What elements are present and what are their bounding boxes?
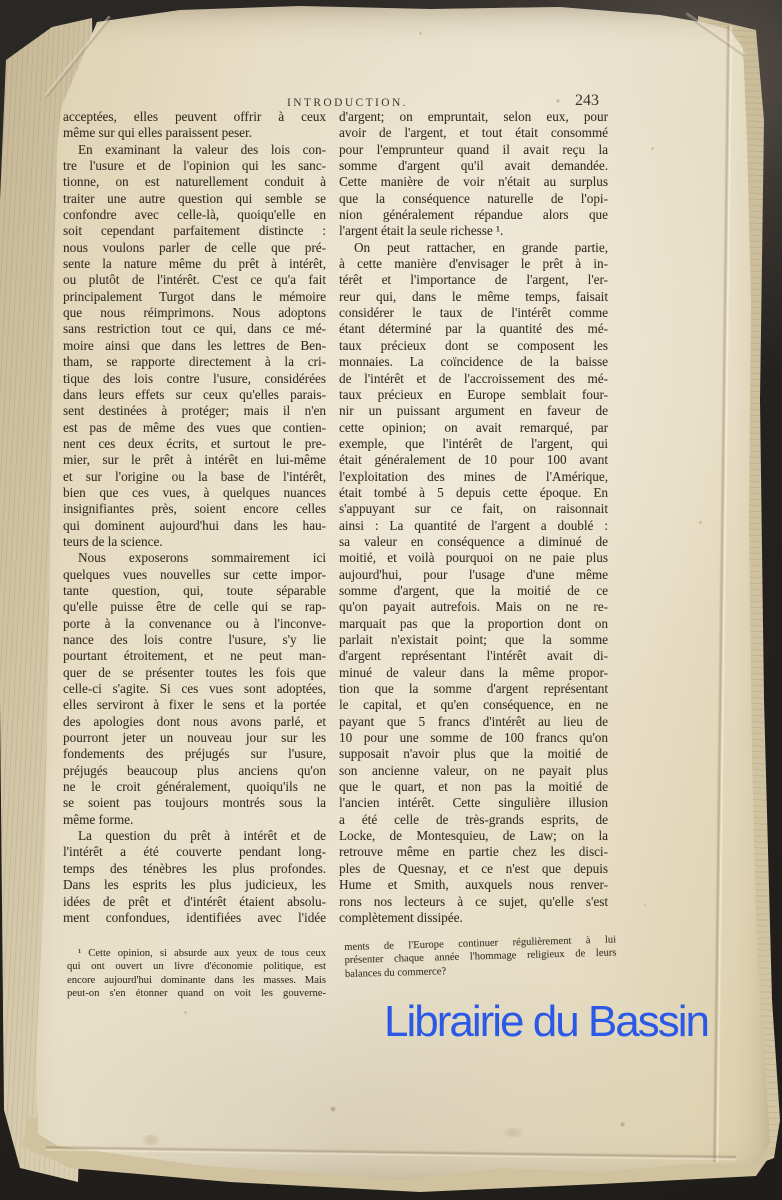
text-line: qui ont ouvert un livre d'économie polit… bbox=[67, 960, 326, 973]
text-line: taux précieux dont se composent les bbox=[339, 338, 608, 354]
text-line: teurs de la science. bbox=[63, 534, 326, 550]
text-line: Nous exposerons sommairement ici bbox=[63, 550, 326, 566]
text-line: retrouve même en partie chez les disci- bbox=[339, 844, 608, 860]
text-line: sans restriction tout ce qui, dans ce mé… bbox=[63, 321, 326, 337]
text-line: ment confondues, identifiées avec l'idée bbox=[63, 910, 326, 926]
text-line: Dans les esprits les plus judicieux, les bbox=[63, 877, 326, 893]
running-title: INTRODUCTION. bbox=[287, 97, 408, 109]
text-line: La question du prêt à intérêt et de bbox=[63, 828, 326, 844]
text-line: a été celle de très-grands esprits, de bbox=[339, 812, 608, 828]
text-line: ainsi : La quantité de l'argent a doublé… bbox=[339, 518, 608, 534]
text-line: On peut rattacher, en grande partie, bbox=[339, 240, 608, 256]
text-line: quelques vues nouvelles sur cette impor- bbox=[63, 567, 326, 583]
text-line: d'argent représentant l'intérêt avait di… bbox=[339, 648, 608, 664]
text-line: taux précieux en Europe semblait four- bbox=[339, 387, 608, 403]
text-line: que nous réimprimons. Nous adoptons bbox=[63, 305, 326, 321]
text-line: l'exploitation des mines de l'Amérique, bbox=[339, 469, 608, 485]
text-line: nion généralement répandue alors que bbox=[339, 207, 608, 223]
text-line: nous voulons parler de celle que pré- bbox=[63, 240, 326, 256]
text-line: tionne, on est naturellement conduit à bbox=[63, 174, 326, 190]
text-line: des apologies dont nous avons parlé, et bbox=[63, 714, 326, 730]
text-line: se soient pas toujours montrés sous la bbox=[63, 795, 326, 811]
text-line: ples de Quesnay, et ce n'est que depuis bbox=[339, 861, 608, 877]
text-line: principalement Turgot dans le mémoire bbox=[63, 289, 326, 305]
text-line: temps des ténèbres les plus profondes. bbox=[63, 861, 326, 877]
text-line: avoir de l'argent, et tout était consomm… bbox=[339, 125, 608, 141]
bookseller-watermark: Librairie du Bassin bbox=[384, 997, 708, 1047]
text-line: est pas de même des vues que contien- bbox=[63, 420, 326, 436]
text-line: tante question, qui, toute séparable bbox=[63, 583, 326, 599]
footnote-column-left: ¹ Cette opinion, si absurde aux yeux de … bbox=[67, 947, 326, 1001]
text-line: porte à la convenance ou à l'inconve- bbox=[63, 616, 326, 632]
text-line: insignifiantes près, soient encore celle… bbox=[63, 501, 326, 517]
text-line: encore aujourd'hui dominante dans les ma… bbox=[67, 974, 326, 987]
text-line: minué de valeur dans la même propor- bbox=[339, 665, 608, 681]
text-line: considérer le taux de l'intérêt comme bbox=[339, 305, 608, 321]
text-line: tham, se rapporte directement à la cri- bbox=[63, 354, 326, 370]
text-line: marquait pas que la proportion dont on bbox=[339, 616, 608, 632]
text-line: le capital, et qu'en conséquence, en ne bbox=[339, 697, 608, 713]
text-line: acceptées, elles peuvent offrir à ceux bbox=[63, 109, 326, 125]
text-line: nent ces deux écrits, et surtout le pre- bbox=[63, 436, 326, 452]
text-line: supposait n'avoir plus que la moitié de bbox=[339, 746, 608, 762]
text-line: reur qui, dans le même temps, faisait bbox=[339, 289, 608, 305]
text-line: aujourd'hui, pour l'usage d'une même bbox=[339, 567, 608, 583]
text-line: fondements des préjugés sur l'usure, bbox=[63, 746, 326, 762]
text-line: même sur qui elles paraissent peser. bbox=[63, 125, 326, 141]
text-line: d'argent; on empruntait, selon eux, pour bbox=[339, 109, 608, 125]
text-line: que le quart, et non pas la moitié de bbox=[339, 779, 608, 795]
text-line: traiter une autre question qui semble se bbox=[63, 191, 326, 207]
text-column-right: d'argent; on empruntait, selon eux, pour… bbox=[339, 109, 608, 926]
text-line: parlait n'existait point; que la somme bbox=[339, 632, 608, 648]
text-line: monnaies. La coïncidence de la baisse bbox=[339, 354, 608, 370]
text-line: térêt et l'importance de l'argent, l'er- bbox=[339, 272, 608, 288]
text-line: somme d'argent qu'il avait demandée. bbox=[339, 158, 608, 174]
text-line: En examinant la valeur des lois con- bbox=[63, 142, 326, 158]
text-line: sa valeur en conséquence a diminué de bbox=[339, 534, 608, 550]
book-page-photo: INTRODUCTION. 243 acceptées, elles peuve… bbox=[0, 0, 782, 1200]
text-line: tre l'usure et de l'opinion qui les sanc… bbox=[63, 158, 326, 174]
text-line: 10 pour une somme de 100 francs qu'on bbox=[339, 730, 608, 746]
text-line: exemple, que l'intérêt de l'argent, qui bbox=[339, 436, 608, 452]
text-line: qu'on payait autrefois. Mais on ne re- bbox=[339, 599, 608, 615]
text-line: moire ainsi que dans les lettres de Ben- bbox=[63, 338, 326, 354]
text-line: qu'elle puisse être de celle qui se rap- bbox=[63, 599, 326, 615]
text-line: somme d'argent, que la moitié de ce bbox=[339, 583, 608, 599]
text-line: complètement dissipée. bbox=[339, 910, 608, 926]
text-line: son ancienne valeur, on ne payait plus bbox=[339, 763, 608, 779]
text-line: Cette manière de voir n'était au surplus bbox=[339, 174, 608, 190]
text-line: était généralement de 10 pour 100 avant bbox=[339, 452, 608, 468]
text-line: nir un puissant argument en faveur de bbox=[339, 403, 608, 419]
text-line: Hume et Smith, auxquels nous renver- bbox=[339, 877, 608, 893]
text-line: confondre avec celle-là, quoiqu'elle en bbox=[63, 207, 326, 223]
text-line: elles serviront à fixer le sens et la po… bbox=[63, 697, 326, 713]
text-line: de l'intérêt et de l'accroissement des m… bbox=[339, 371, 608, 387]
text-line: ¹ Cette opinion, si absurde aux yeux de … bbox=[67, 947, 326, 960]
text-line: quer de se présenter toutes les fois que bbox=[63, 665, 326, 681]
page-number: 243 bbox=[575, 92, 599, 110]
text-line: étant déterminé par la quantité des mé- bbox=[339, 321, 608, 337]
text-line: même forme. bbox=[63, 812, 326, 828]
text-line: moitié, et voilà pourquoi on ne paie plu… bbox=[339, 550, 608, 566]
text-line: cette opinion; on avait remarqué, par bbox=[339, 420, 608, 436]
text-line: tion que la somme d'argent représentant bbox=[339, 681, 608, 697]
text-line: à cette manière d'envisager le prêt à in… bbox=[339, 256, 608, 272]
text-line: l'ancien intérêt. Cette singulière illus… bbox=[339, 795, 608, 811]
text-line: l'argent était la seule richesse ¹. bbox=[339, 223, 608, 239]
text-line: sent destinées à protéger; mais il n'en bbox=[63, 403, 326, 419]
text-line: pourront jeter un nouveau jour sur les bbox=[63, 730, 326, 746]
text-line: nance des lois contre l'usure, s'y lie bbox=[63, 632, 326, 648]
page-content: INTRODUCTION. 243 acceptées, elles peuve… bbox=[0, 0, 782, 1200]
footnote-column-right: ments de l'Europe continuer régulièremen… bbox=[344, 933, 617, 981]
text-line: l'intérêt a été couverte pendant long- bbox=[63, 844, 326, 860]
text-line: dans leurs effets sur ceux qu'elles para… bbox=[63, 387, 326, 403]
text-line: ne le croit généralement, quoiqu'ils ne bbox=[63, 779, 326, 795]
text-line: payant que 5 francs d'intérêt au lieu de bbox=[339, 714, 608, 730]
text-line: Locke, de Montesquieu, de Law; on la bbox=[339, 828, 608, 844]
text-line: idées de prêt et d'intérêt étaient absol… bbox=[63, 894, 326, 910]
text-line: préjugés beaucoup plus anciens qu'on bbox=[63, 763, 326, 779]
text-line: soit cependant parfaitement distincte : bbox=[63, 223, 326, 239]
text-line: tique des lois contre l'usure, considéré… bbox=[63, 371, 326, 387]
text-line: ou plutôt de l'intérêt. C'est ce qu'a fa… bbox=[63, 272, 326, 288]
text-line: pourtant étroitement, et ne peut man- bbox=[63, 648, 326, 664]
text-line: était tombé à 5 depuis cette époque. En bbox=[339, 485, 608, 501]
text-line: s'appuyant sur ce fait, on raisonnait bbox=[339, 501, 608, 517]
text-line: que la conséquence naturelle de l'opi- bbox=[339, 191, 608, 207]
text-line: bien que ces vues, à quelques nuances bbox=[63, 485, 326, 501]
text-line: mier, sur le prêt à intérêt en lui-même bbox=[63, 452, 326, 468]
text-line: qui dominent aujourd'hui dans les hau- bbox=[63, 518, 326, 534]
text-line: sente la nature même du prêt à intérêt, bbox=[63, 256, 326, 272]
text-line: peut-on s'en étonner quand on voit les g… bbox=[67, 987, 326, 1000]
text-line: et sur l'origine ou la base de l'intérêt… bbox=[63, 469, 326, 485]
text-line: celle-ci s'agite. Si ces vues sont adopt… bbox=[63, 681, 326, 697]
text-line: pour l'emprunteur quand il avait reçu la bbox=[339, 142, 608, 158]
text-line: rons nos lecteurs à ce sujet, qu'elle s'… bbox=[339, 894, 608, 910]
text-column-left: acceptées, elles peuvent offrir à ceuxmê… bbox=[63, 109, 326, 926]
